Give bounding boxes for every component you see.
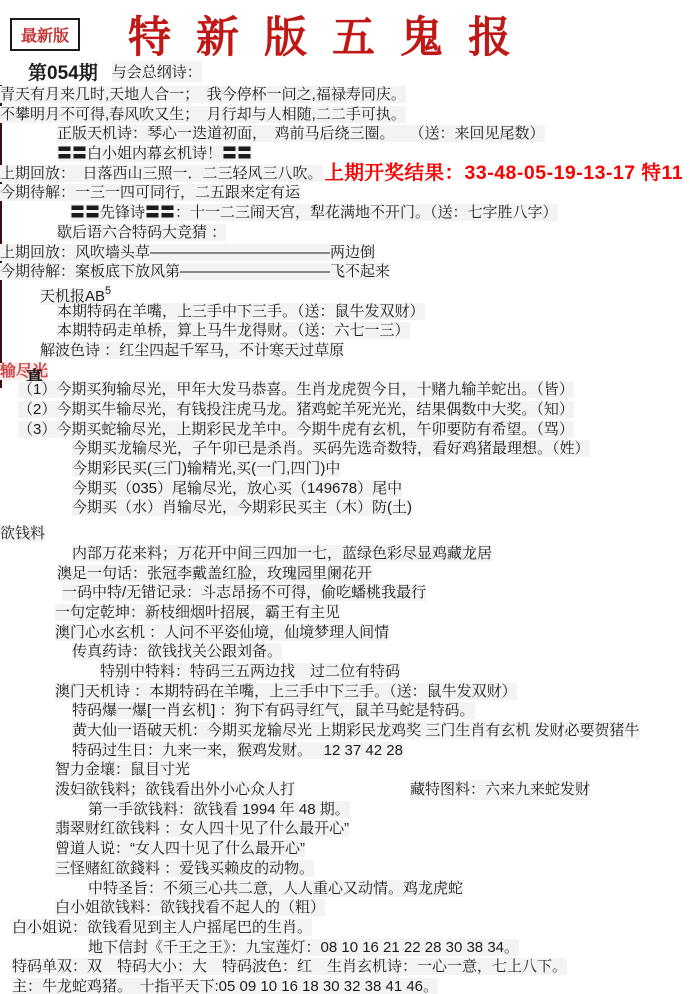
pioneer-poem-line: 〓〓先锋诗〓〓：十一二三闹天宫，犁花满地不开门。（送：七字胜八字） [0,203,690,223]
masthead: 最新版 特新版五鬼报 [0,0,690,58]
edition-badge: 最新版 [10,18,80,51]
text-line: 一码中特/无错记录：斗志昂扬不可得，偷吃蟠桃我最行 [0,583,690,603]
text-line: 黄大仙一语破天机：今期买龙输尽光 上期彩民龙鸡奖 三门生肖有玄机 发财必要贺猪牛 [0,721,690,741]
tianji-report-label: 天机报AB5 [0,282,690,302]
text-line: 第一手欲钱料：欲钱看 1994 年 48 期。 [0,800,690,820]
page-title: 特新版五鬼报 [128,4,536,65]
summary-numbers-line: 主：牛龙蛇鸡猪。 十指平天下:05 09 10 16 18 30 32 38 4… [0,977,690,994]
shujinguang-item-2: （2）今期买牛输尽光，有钱投注虎马龙。猪鸡蛇羊死光光，结果偶数中大奖。（知） [0,400,690,420]
text-line: 今期彩民买(三门)输精光,买(一门,四门)中 [0,459,690,479]
text-line: 曾道人说：“女人四十见了什么最开心” [0,839,690,859]
jiebose-poem-line: 解波色诗 ：红尘四起千军马，不计寒天过草原 [0,341,690,361]
text-line: 澳门心水玄机 ：人问不平姿仙境，仙境梦理人间情 [0,623,690,643]
xiehouyu-header-line: 歇后语六合特码大竞猜 ： [0,223,690,243]
last-issue-review-line: 上期回放： 日落西山三照一．二三轻风三八吹。上期开奖结果：33-48-05-19… [0,164,690,184]
text-line: 澳足一句话：张冠李戴盖红脸，玫瑰园里阑花开 [0,564,690,584]
text-line: 特码爆一爆[一肖玄机] ：狗下有码寻红气，鼠羊马蛇是特码。 [0,701,690,721]
tianji-poem-line: 正版天机诗：琴心一迭道初面， 鸡前马后绕三圈。 （送：来回见尾数） [0,124,690,144]
text-line: 今期买龙输尽光，子午卯已是杀肖。买码先选奇数特，看好鸡猪最理想。（姓） [0,439,690,459]
text-line: 本期特码走单桥，算上马牛龙得财。（送：六七一三） [0,321,690,341]
xiehouyu-last-line: 上期回放：风吹墙头草————————————两边倒 [0,243,690,263]
poem-line: 不攀明月不可得,春风吹又生； 月行却与人相随,二二手可执。 [0,105,690,125]
envelope-numbers-line: 地下信封《千王之王》：九宝莲灯：08 10 16 21 22 28 30 38 … [0,938,690,958]
two-column-line: 泼妇欲钱料；欲钱看出外小心众人打藏特图料：六来九来蛇发财 [0,780,690,800]
section-label-yuqianliao: 欲钱料 [0,524,690,544]
text-line: 传真药诗：欲钱找关公跟刘备。 [0,642,690,662]
text-line: 翡翠财红欲钱料 ：女人四十见了什么最开心” [0,819,690,839]
shujinguang-item-3: （3）今期买蛇输尽光，上期彩民龙羊中。今期牛虎有玄机，午卯要防有希望。（骂） [0,420,690,440]
issue-number: 第054期 [28,58,98,85]
text-line: 特别中特料：特码三五两边找 过二位有特码 [0,662,690,682]
text-line: 内部万花来料；万花开中间三四加一七，蓝绿色彩尽显鸡藏龙居 [0,544,690,564]
hidden-special-tip: 藏特图料：六来九来蛇发财 [410,780,590,800]
text-line: 白小姐说：欲钱看见到主人户摇尾巴的生肖。 [0,918,690,938]
edition-badge-label: 最新版 [21,28,69,45]
text-line: 澳门天机诗 ：本期特码在羊嘴，上三手中下三手。（送：鼠牛发双财） [0,682,690,702]
last-draw-result: 上期开奖结果：33-48-05-19-13-17 特11 [323,162,684,184]
summary-attributes-line: 特码单双：双 特码大小：大 特码波色：红 生肖玄机诗：一心一意，七上八下。 [0,957,690,977]
birthday-numbers-line: 特码过生日：九来一来，猴鸡发财。 12 37 42 28 [0,741,690,761]
text-line: 三怪赌紅欲錢料 ：爱钱买赖皮的动物。 [0,859,690,879]
document-body: 青天有月来几时,天地人合一； 我今停杯一问之,福禄寿同庆。 不攀明月不可得,春风… [0,85,690,994]
text-line: 中特圣旨：不须三心共二意，人人重心又动情。鸡龙虎蛇 [0,879,690,899]
superscript-mark: 5 [105,285,111,297]
xiehouyu-current-line: 今期待解：案板底下放风第——————————飞不起来 [0,262,690,282]
section-label-shujinguang: 输尽光真 [0,361,690,381]
text-line: 本期特码在羊嘴，上三手中下三手。（送：鼠牛发双财） [0,302,690,322]
text-line: 一句定乾坤：新枝细烟叶招展，霸王有主见 [0,603,690,623]
baixiaojie-header-line: 〓〓白小姐内幕玄机诗！〓〓 [0,144,690,164]
text-line: 智力金壤：鼠目寸光 [0,760,690,780]
poem-line: 青天有月来几时,天地人合一； 我今停杯一问之,福禄寿同庆。 [0,85,690,105]
current-issue-line: 今期待解：一三一四可同行，二五跟来定有运 [0,183,690,203]
text-line: 今期买（035）尾输尽光，放心买（149678）尾中 [0,479,690,499]
shujinguang-item-1: （1）今期买狗输尽光，甲年大发马恭喜。生肖龙虎贺今日，十赌九输羊蛇出。（皆） [0,380,690,400]
text-line: 今期买（水）肖输尽光，今期彩民买主（木）防(土) [0,498,690,518]
text-line: 白小姐欲钱料：欲钱找看不起人的（粗） [0,898,690,918]
